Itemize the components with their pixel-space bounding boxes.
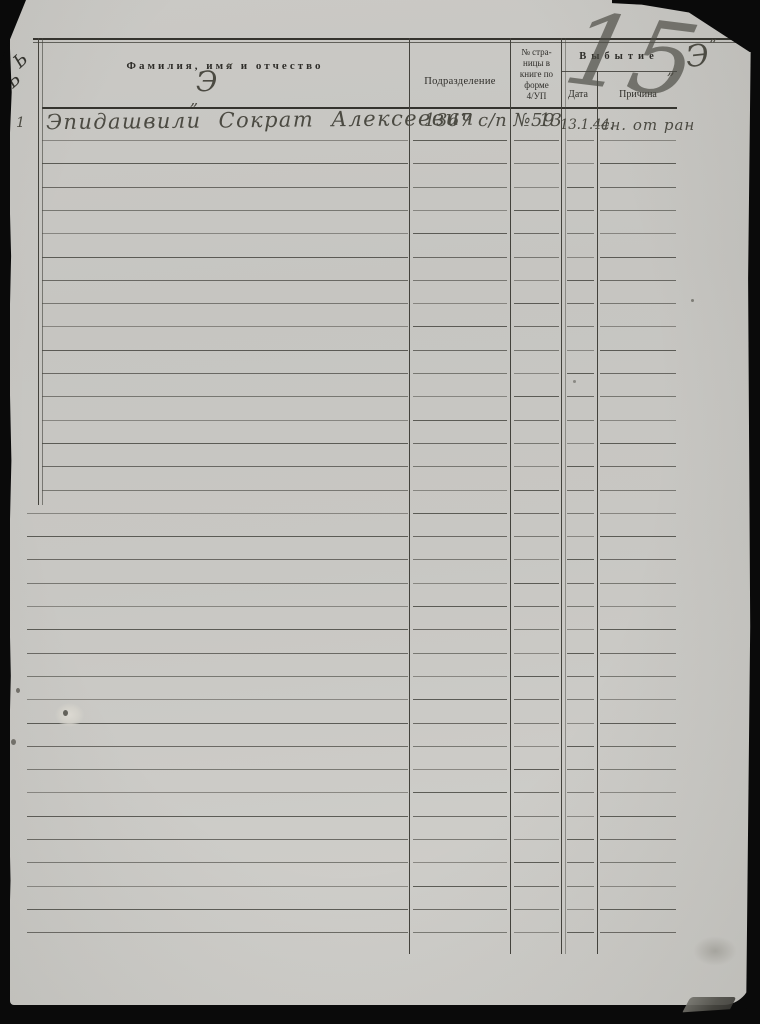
rule-line [42, 140, 408, 141]
rule-line [413, 373, 507, 374]
rule-line [27, 583, 408, 584]
rule-line [413, 163, 507, 164]
rule-line [600, 257, 676, 258]
rule-line [42, 257, 408, 258]
rule-line [600, 326, 676, 327]
rule-line [600, 932, 676, 933]
rule-line [600, 653, 676, 654]
rule-line [42, 233, 408, 234]
ink-speck [63, 710, 68, 716]
rule-line [413, 886, 507, 887]
rule-line [413, 699, 507, 700]
rule-line [413, 140, 507, 141]
rule-line [42, 210, 408, 211]
rule-line [27, 746, 408, 747]
rule-line [567, 699, 594, 700]
rule-line [413, 792, 507, 793]
rule-line [42, 490, 408, 491]
rule-line [413, 326, 507, 327]
rule-line [600, 233, 676, 234]
rule-line [413, 676, 507, 677]
rule-line [27, 909, 408, 910]
rule-line [514, 326, 559, 327]
rule-line [567, 536, 594, 537]
rule-line [42, 396, 408, 397]
rule-line [27, 839, 408, 840]
rule-line [600, 163, 676, 164]
rule-line [567, 816, 594, 817]
rule-line [413, 303, 507, 304]
rule-line [27, 559, 408, 560]
rule-line [567, 746, 594, 747]
rule-line [567, 792, 594, 793]
entry-unit: 1367 с/п №59 [424, 112, 555, 130]
rule-line [42, 187, 408, 188]
paper-flaw-white-spot [55, 703, 84, 727]
rule-line [514, 280, 559, 281]
rule-line [42, 303, 408, 304]
rule-line [413, 257, 507, 258]
rule-line [514, 886, 559, 887]
rule-line [567, 163, 594, 164]
rule-line [600, 909, 676, 910]
rule-line [514, 443, 559, 444]
rule-line [514, 396, 559, 397]
rule-line [413, 536, 507, 537]
rule-line [413, 839, 507, 840]
rule-line [27, 769, 408, 770]
rule-line [514, 629, 559, 630]
rule-line [600, 746, 676, 747]
rule-line [514, 862, 559, 863]
page-header-line: ницы в [509, 58, 564, 69]
rule-line [567, 606, 594, 607]
rule-line [514, 303, 559, 304]
rule-line [413, 443, 507, 444]
entry-row-number: 1 [16, 116, 25, 130]
rule-line [42, 373, 408, 374]
rule-line [514, 187, 559, 188]
rule-line [42, 326, 408, 327]
rule-line [42, 163, 408, 164]
rule-line [413, 490, 507, 491]
rule-line [567, 303, 594, 304]
page-header-line: № стра- [509, 47, 564, 58]
rule-line [600, 490, 676, 491]
rule-line [514, 816, 559, 817]
rule-line [600, 723, 676, 724]
rule-line [514, 723, 559, 724]
rule-line [567, 583, 594, 584]
page-header-line: книге по [509, 69, 564, 80]
rule-line [27, 723, 408, 724]
rule-line [413, 466, 507, 467]
scanned-register-page: { "page": { "section_letter": "Э", "page… [0, 0, 760, 1024]
rule-line [600, 187, 676, 188]
rule-line [600, 513, 676, 514]
rule-line [600, 629, 676, 630]
corner-letter-quote-open: „ [667, 62, 675, 77]
rule-line [514, 606, 559, 607]
rule-line [413, 932, 507, 933]
rule-line [600, 210, 676, 211]
rule-line [567, 932, 594, 933]
rule-line [514, 559, 559, 560]
rule-line [567, 559, 594, 560]
rule-line [413, 909, 507, 910]
rule-line [567, 257, 594, 258]
section-letter: Э [196, 68, 217, 96]
rule-line [514, 909, 559, 910]
rule-line [27, 653, 408, 654]
ink-speck [16, 688, 20, 693]
corner-section-letter: Э [684, 41, 710, 73]
entry-page-in-book: 13 [539, 112, 562, 130]
rule-line [27, 792, 408, 793]
rule-line [514, 257, 559, 258]
rule-line [600, 769, 676, 770]
rule-line [413, 653, 507, 654]
rule-line [600, 280, 676, 281]
rule-line [600, 559, 676, 560]
rule-line [514, 140, 559, 141]
column-divider-page-departure [561, 38, 562, 954]
rule-line [413, 629, 507, 630]
rule-line [600, 816, 676, 817]
rule-line [600, 303, 676, 304]
rule-line [413, 513, 507, 514]
rule-line [567, 233, 594, 234]
rule-line [413, 280, 507, 281]
rule-line [514, 792, 559, 793]
rule-line [27, 606, 408, 607]
rule-line [514, 653, 559, 654]
rule-line [27, 513, 408, 514]
rule-line [514, 163, 559, 164]
rule-line [413, 723, 507, 724]
rule-line [567, 466, 594, 467]
rule-line [514, 350, 559, 351]
rule-line [567, 513, 594, 514]
rule-line [600, 443, 676, 444]
rule-line [514, 536, 559, 537]
rule-line [514, 699, 559, 700]
rule-line [600, 862, 676, 863]
rule-line [600, 140, 676, 141]
rule-line [600, 396, 676, 397]
corner-stain [693, 936, 737, 966]
rule-line [600, 536, 676, 537]
rule-line [600, 420, 676, 421]
rule-line [413, 816, 507, 817]
rule-line [567, 326, 594, 327]
rule-line [413, 746, 507, 747]
rule-line [567, 769, 594, 770]
column-header-unit: Подразделение [411, 76, 509, 87]
rule-line [567, 373, 594, 374]
entry-reason: сн. от ран [601, 118, 695, 133]
rule-line [514, 513, 559, 514]
rule-line [413, 606, 507, 607]
rule-line [514, 210, 559, 211]
page-header-line: форме [509, 80, 564, 91]
left-border-outer [38, 38, 39, 505]
section-letter-quote-close: “ [225, 62, 233, 78]
rule-line [413, 420, 507, 421]
rule-line [600, 466, 676, 467]
rule-line [42, 443, 408, 444]
rule-line [514, 420, 559, 421]
rule-line [413, 769, 507, 770]
column-divider-unit-page [510, 38, 511, 954]
rule-line [413, 350, 507, 351]
corner-letter-quote-close: “ [709, 38, 717, 53]
rule-line [42, 466, 408, 467]
column-divider-page-departure-inner [565, 38, 566, 954]
rule-line [600, 373, 676, 374]
rule-line [567, 396, 594, 397]
ink-speck [573, 380, 576, 383]
rule-line [567, 723, 594, 724]
rule-line [514, 839, 559, 840]
rule-line [567, 420, 594, 421]
rule-line [413, 583, 507, 584]
rule-line [567, 280, 594, 281]
rule-line [567, 210, 594, 211]
paper-sheet [10, 0, 751, 1005]
rule-line [514, 583, 559, 584]
rule-line [413, 187, 507, 188]
rule-line [600, 583, 676, 584]
rule-line [600, 606, 676, 607]
column-divider-name-unit [409, 38, 410, 954]
rule-line [600, 792, 676, 793]
rule-line [514, 490, 559, 491]
rule-line [600, 350, 676, 351]
rule-line [567, 443, 594, 444]
rule-line [567, 187, 594, 188]
rule-line [567, 350, 594, 351]
rule-line [27, 699, 408, 700]
ink-speck [11, 739, 16, 745]
rule-line [567, 653, 594, 654]
rule-line [514, 932, 559, 933]
rule-line [600, 886, 676, 887]
column-divider-date-reason [597, 71, 598, 954]
rule-line [42, 280, 408, 281]
rule-line [413, 210, 507, 211]
rule-line [27, 862, 408, 863]
rule-line [600, 699, 676, 700]
rule-line [27, 629, 408, 630]
rule-line [567, 862, 594, 863]
rule-line [413, 862, 507, 863]
rule-line [27, 816, 408, 817]
rule-line [567, 490, 594, 491]
rule-line [514, 466, 559, 467]
rule-line [567, 676, 594, 677]
left-border-inner [42, 38, 43, 505]
rule-line [27, 932, 408, 933]
rule-line [567, 909, 594, 910]
rule-line [567, 140, 594, 141]
rule-line [413, 233, 507, 234]
handwritten-page-number: 15 [557, 0, 706, 113]
rule-line [413, 396, 507, 397]
rule-line [27, 886, 408, 887]
rule-line [413, 559, 507, 560]
rule-line [600, 676, 676, 677]
rule-line [567, 886, 594, 887]
rule-line [514, 676, 559, 677]
rule-line [42, 420, 408, 421]
rule-line [514, 233, 559, 234]
ink-speck [691, 299, 694, 302]
rule-line [514, 746, 559, 747]
rule-line [514, 769, 559, 770]
entry-name: Эпидашвили Сократ Алексеевич [46, 108, 475, 133]
rule-line [27, 536, 408, 537]
rule-line [27, 676, 408, 677]
rule-line [567, 629, 594, 630]
column-header-page-number: № стра- ницы в книге по форме 4/УП [509, 47, 564, 102]
rule-line [600, 839, 676, 840]
rule-line [42, 350, 408, 351]
rule-line [567, 839, 594, 840]
rule-line [514, 373, 559, 374]
